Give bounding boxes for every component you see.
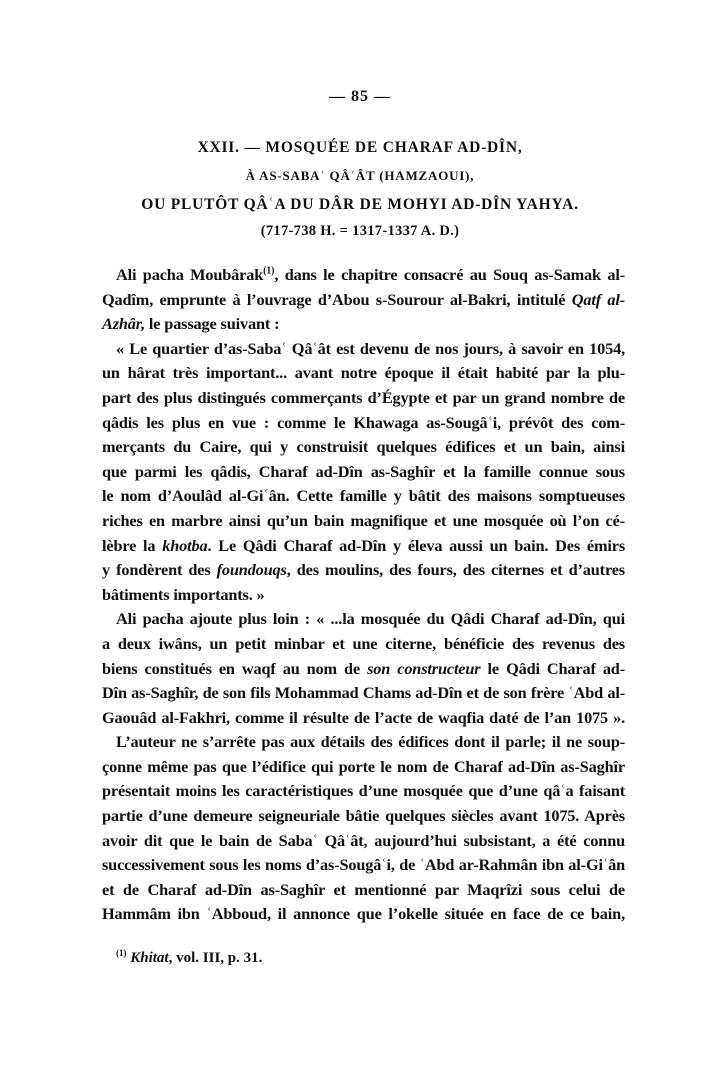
chapter-subtitle-location: À AS-SABAʿ QÂʿÂT (HAMZAOUI), <box>0 168 720 184</box>
text-line: Qadîm, emprunte à l’ouvrage d’Abou s-Sou… <box>102 288 625 313</box>
text-line: y fondèrent des foundouqs, des moulins, … <box>102 558 625 583</box>
text-line: Gaouâd al-Fakhri, comme il résulte de l’… <box>102 706 625 731</box>
text-line: merçants du Caire, qui y construisit que… <box>102 435 625 460</box>
text-line: part des plus distingués commerçants d’É… <box>102 386 625 411</box>
text-line: riches en marbre ainsi qu’un bain magnif… <box>102 509 625 534</box>
text-line: présentait moins les caractéristiques d’… <box>102 779 625 804</box>
footnote-reference[interactable]: (1) <box>263 266 274 277</box>
text-line: çonne même pas que l’édifice qui porte l… <box>102 755 625 780</box>
text-line: partie d’une demeure seigneuriale bâtie … <box>102 804 625 829</box>
text-line: avoir dit que le bain de Sabaʿ Qâʿât, au… <box>102 829 625 854</box>
text-line: L’auteur ne s’arrête pas aux détails des… <box>102 730 625 755</box>
text-line: bâtiments importants. » <box>102 583 625 608</box>
footnote: (1) Khitat, vol. III, p. 31. <box>116 950 262 967</box>
text-line: Azhâr, le passage suivant : <box>102 312 625 337</box>
text-line: Ali pacha ajoute plus loin : « ...la mos… <box>102 607 625 632</box>
text-line: qâdis les plus en vue : comme le Khawaga… <box>102 411 625 436</box>
text-line: biens constitués en waqf au nom de son c… <box>102 657 625 682</box>
document-page: — 85 — XXII. — MOSQUÉE DE CHARAF AD-DÎN,… <box>0 0 720 1082</box>
text-line: et de Charaf ad-Dîn as-Saghîr et mention… <box>102 878 625 903</box>
text-line: le nom d’Aoulâd al-Giʿân. Cette famille … <box>102 484 625 509</box>
text-line: « Le quartier d’as-Sabaʿ Qâʿât est deven… <box>102 337 625 362</box>
text-line: Hammâm ibn ʿAbboud, il annonce que l’oke… <box>102 902 625 927</box>
text-line: que parmi les qâdis, Charaf ad-Dîn as-Sa… <box>102 460 625 485</box>
text-line: Dîn as-Saghîr, de son fils Mohammad Cham… <box>102 681 625 706</box>
footnote-marker: (1) <box>116 948 127 958</box>
footnote-citation: , vol. III, p. 31. <box>169 950 263 966</box>
text-line: Ali pacha Moubârak(1), dans le chapitre … <box>102 263 625 288</box>
chapter-title: XXII. — MOSQUÉE DE CHARAF AD-DÎN, <box>0 139 720 157</box>
text-line: un hârat très important... avant notre é… <box>102 361 625 386</box>
page-number: — 85 — <box>0 88 720 106</box>
text-line: lèbre la khotba. Le Qâdi Charaf ad-Dîn y… <box>102 534 625 559</box>
chapter-dates: (717-738 H. = 1317-1337 A. D.) <box>0 223 720 240</box>
footnote-source-title: Khitat <box>130 950 168 966</box>
body-text: Ali pacha Moubârak(1), dans le chapitre … <box>102 263 625 927</box>
text-line: successivement sous les noms d’as-Sougâʿ… <box>102 853 625 878</box>
text-line: a deux iwâns, un petit minbar et une cit… <box>102 632 625 657</box>
chapter-subtitle-alternate: OU PLUTÔT QÂʿA DU DÂR DE MOHYI AD-DÎN YA… <box>0 196 720 214</box>
